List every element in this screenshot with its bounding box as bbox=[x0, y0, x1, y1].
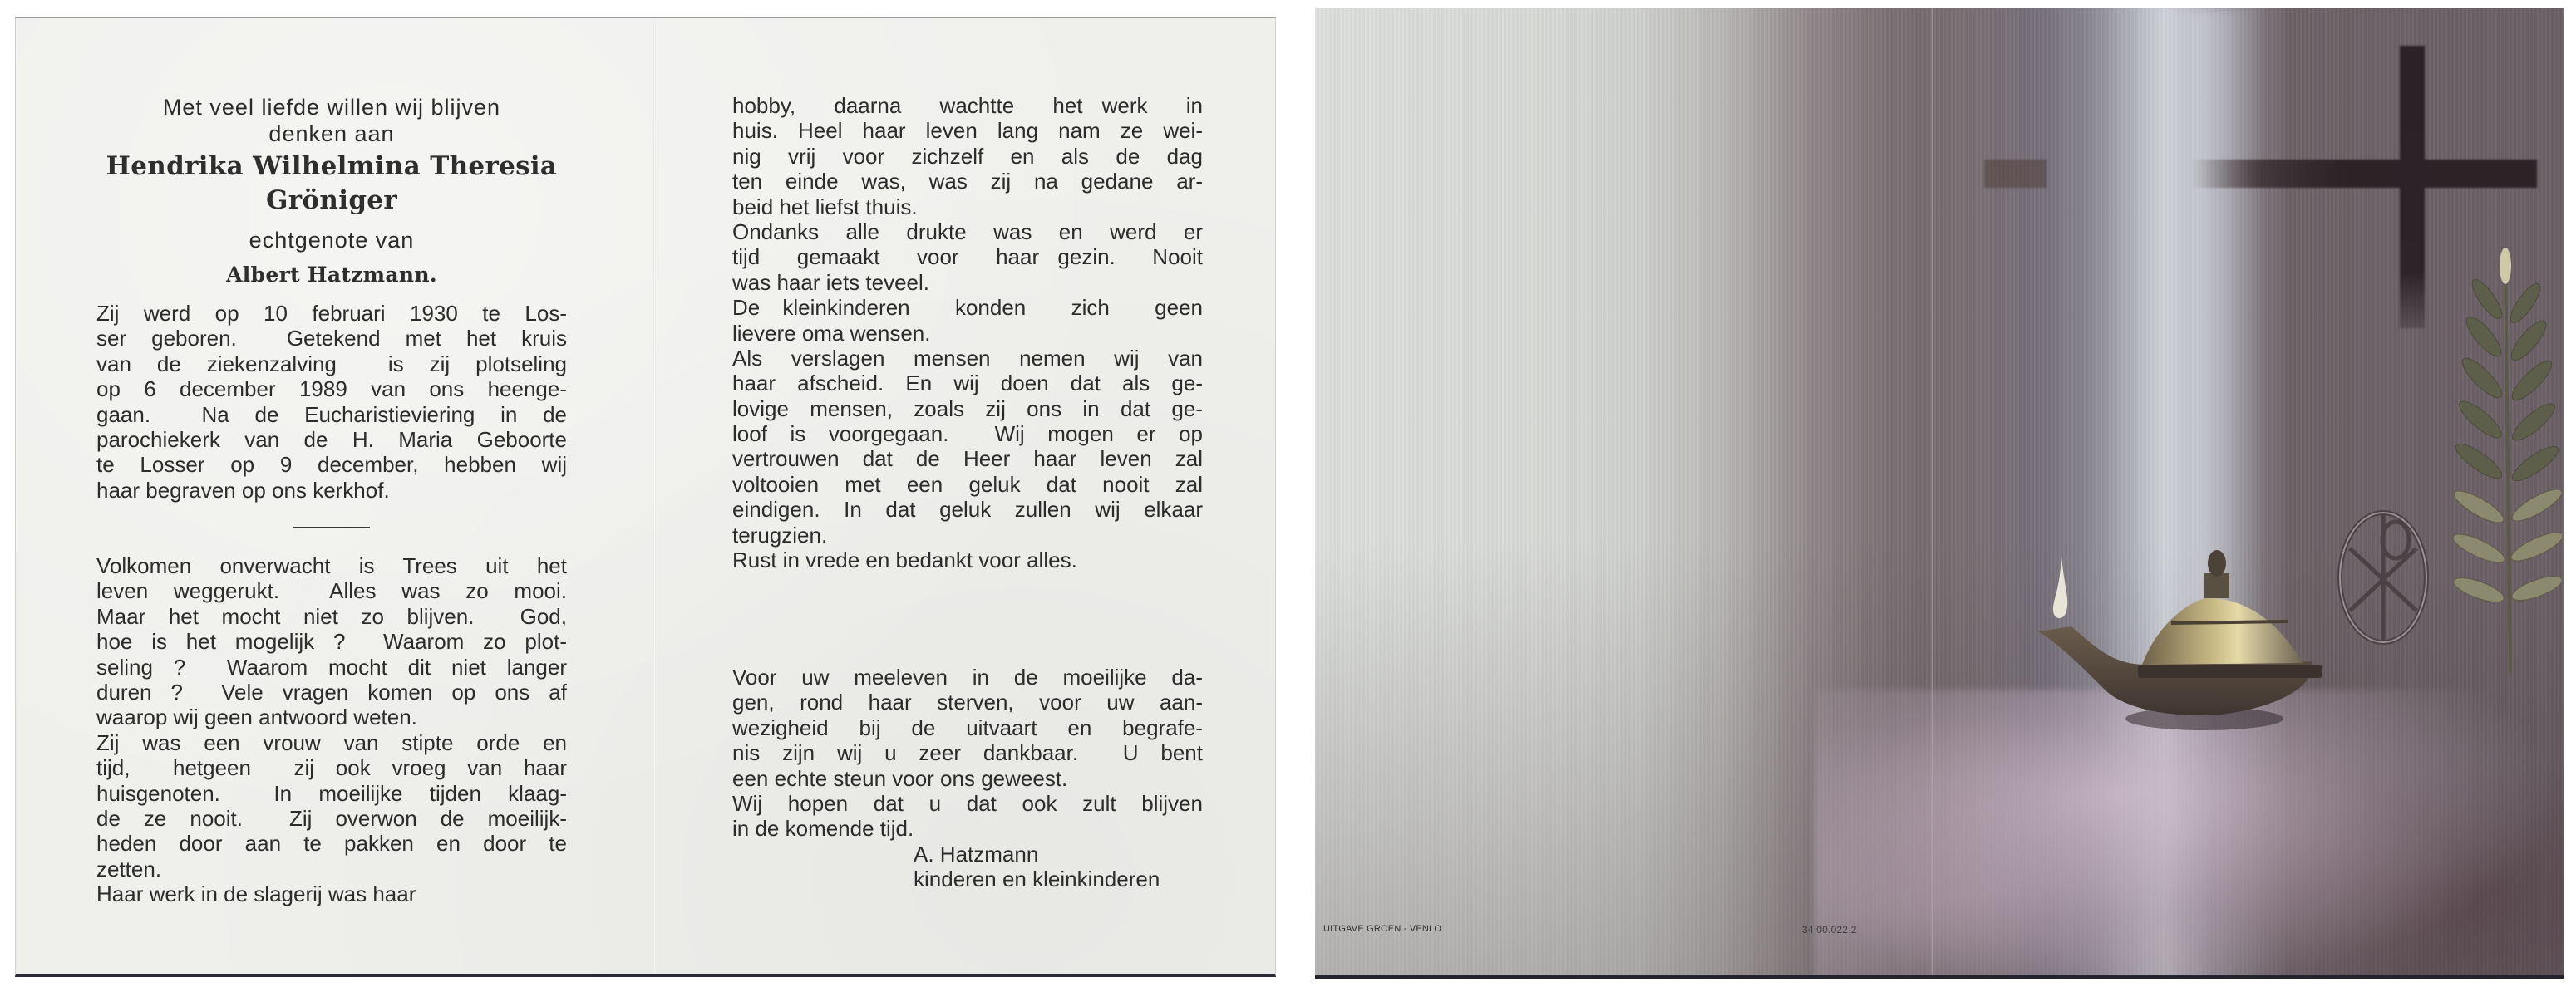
text-line: Zij was een vrouw van stipte orde en bbox=[96, 730, 567, 755]
thank-you-paragraph: Voor uw meeleven in de moeilijke da-gen,… bbox=[732, 665, 1203, 842]
biography-paragraph: Zij werd op 10 februari 1930 te Los-ser … bbox=[96, 301, 567, 503]
text-line: seling ? Waarom mocht dit niet langer bbox=[96, 655, 567, 680]
text-line: in de komende tijd. bbox=[732, 816, 1203, 841]
text-line: was haar iets teveel. bbox=[732, 270, 1203, 295]
text-line: beid het liefst thuis. bbox=[732, 194, 1203, 219]
text-line: vertrouwen dat de Heer haar leven zal bbox=[732, 446, 1203, 471]
memorial-card-inside: Met veel liefde willen wij blijven denke… bbox=[15, 17, 1276, 977]
spouse-name: Albert Hatzmann. bbox=[96, 263, 567, 287]
text-line: op 6 december 1989 van ons heenge- bbox=[96, 376, 567, 401]
deceased-surname: Gröniger bbox=[96, 185, 567, 215]
text-line: lievere oma wensen. bbox=[732, 321, 1203, 346]
text-line: de ze nooit. Zij overwon de moeilijk- bbox=[96, 806, 567, 831]
text-line: huisgenoten. In moeilijke tijden klaag- bbox=[96, 781, 567, 806]
memorial-card-cover: UITGAVE GROEN - VENLO 34.00.022.2 bbox=[1315, 8, 2564, 979]
text-line: gen, rond haar sterven, voor uw aan- bbox=[732, 690, 1203, 715]
text-line: tijd gemaakt voor haar gezin. Nooit bbox=[732, 244, 1203, 269]
text-line: parochiekerk van de H. Maria Geboorte bbox=[96, 427, 567, 452]
deceased-name: Hendrika Wilhelmina Theresia bbox=[96, 151, 567, 181]
remembrance-paragraph: Volkomen onverwacht is Trees uit hetleve… bbox=[96, 553, 567, 906]
text-line: leven weggerukt. Alles was zo mooi. bbox=[96, 578, 567, 603]
text-line: nig vrij voor zichzelf en als de dag bbox=[732, 144, 1203, 169]
remembrance-paragraph-continued: hobby, daarna wachtte het werk inhuis. H… bbox=[732, 93, 1203, 572]
fold-line bbox=[653, 18, 656, 974]
text-line: De kleinkinderen konden zich geen bbox=[732, 295, 1203, 320]
text-line: waarop wij geen antwoord weten. bbox=[96, 705, 567, 729]
page-right: hobby, daarna wachtte het werk inhuis. H… bbox=[732, 18, 1203, 974]
text-line: huis. Heel haar leven lang nam ze wei- bbox=[732, 118, 1203, 143]
cross-icon bbox=[2400, 46, 2425, 328]
intro-line-1: Met veel liefde willen wij blijven bbox=[96, 95, 567, 120]
text-line: nis zijn wij u zeer dankbaar. U bent bbox=[732, 740, 1203, 765]
text-line: ten einde was, was zij na gedane ar- bbox=[732, 169, 1203, 194]
text-line: Voor uw meeleven in de moeilijke da- bbox=[732, 665, 1203, 690]
text-line: hoe is het mogelijk ? Waarom zo plot- bbox=[96, 629, 567, 654]
publisher-imprint: UITGAVE GROEN - VENLO bbox=[1323, 924, 1441, 934]
text-line: eindigen. In dat geluk zullen wij elkaar bbox=[732, 497, 1203, 522]
text-line: loof is voorgegaan. Wij mogen er op bbox=[732, 421, 1203, 446]
text-line: gaan. Na de Eucharistieviering in de bbox=[96, 402, 567, 427]
intro-line-2: denken aan bbox=[96, 121, 567, 147]
cross-shadow bbox=[1984, 160, 2047, 188]
oil-lamp-icon bbox=[2038, 540, 2387, 756]
text-line: haar afscheid. En wij doen dat als ge- bbox=[732, 371, 1203, 395]
text-line: Zij werd op 10 februari 1930 te Los- bbox=[96, 301, 567, 326]
item-code: 34.00.022.2 bbox=[1802, 924, 1857, 936]
text-line: duren ? Vele vragen komen op ons af bbox=[96, 680, 567, 705]
text-line: Rust in vrede en bedankt voor alles. bbox=[732, 548, 1203, 572]
relation-label: echtgenote van bbox=[96, 228, 567, 253]
text-line: van de ziekenzalving is zij plotseling bbox=[96, 351, 567, 376]
signature-block: A. Hatzmann kinderen en kleinkinderen bbox=[732, 842, 1203, 892]
text-line: Wij hopen dat u dat ook zult blijven bbox=[732, 791, 1203, 816]
text-line: Als verslagen mensen nemen wij van bbox=[732, 346, 1203, 371]
text-line: tijd, hetgeen zij ook vroeg van haar bbox=[96, 755, 567, 780]
section-divider bbox=[293, 527, 370, 528]
text-line: Haar werk in de slagerij was haar bbox=[96, 882, 567, 906]
text-line: heden door aan te pakken en door te bbox=[96, 831, 567, 856]
text-line: Ondanks alle drukte was en werd er bbox=[732, 219, 1203, 244]
text-line: wezigheid bij de uitvaart en begrafe- bbox=[732, 715, 1203, 740]
text-line: een echte steun voor ons geweest. bbox=[732, 766, 1203, 791]
cross-icon bbox=[2192, 160, 2537, 188]
signature-family: kinderen en kleinkinderen bbox=[732, 867, 1203, 891]
palm-branch-icon bbox=[2454, 241, 2562, 706]
text-line: Maar het mocht niet zo blijven. God, bbox=[96, 604, 567, 629]
text-line: haar begraven op ons kerkhof. bbox=[96, 478, 567, 503]
text-line: te Losser op 9 december, hebben wij bbox=[96, 452, 567, 477]
text-line: lovige mensen, zoals zij ons in dat ge- bbox=[732, 396, 1203, 421]
text-line: zetten. bbox=[96, 857, 567, 882]
page-left: Met veel liefde willen wij blijven denke… bbox=[96, 18, 567, 974]
signature-name: A. Hatzmann bbox=[732, 842, 1203, 867]
text-line: hobby, daarna wachtte het werk in bbox=[732, 93, 1203, 118]
text-line: voltooien met een geluk dat nooit zal bbox=[732, 472, 1203, 497]
text-line: ser geboren. Getekend met het kruis bbox=[96, 326, 567, 351]
text-line: Volkomen onverwacht is Trees uit het bbox=[96, 553, 567, 578]
text-line: terugzien. bbox=[732, 523, 1203, 548]
